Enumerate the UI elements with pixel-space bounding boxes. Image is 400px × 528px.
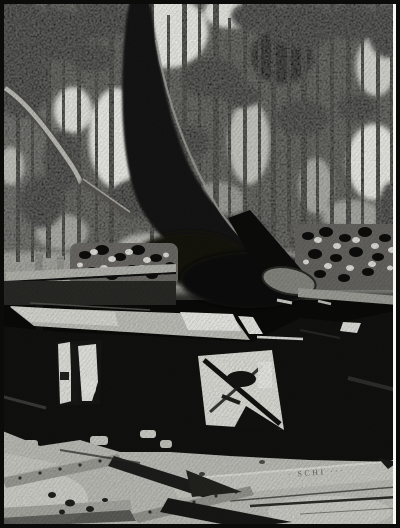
photo-frame: · SCHI ···	[0, 0, 400, 528]
film-grain	[0, 0, 400, 528]
photograph: · SCHI ···	[0, 0, 400, 528]
